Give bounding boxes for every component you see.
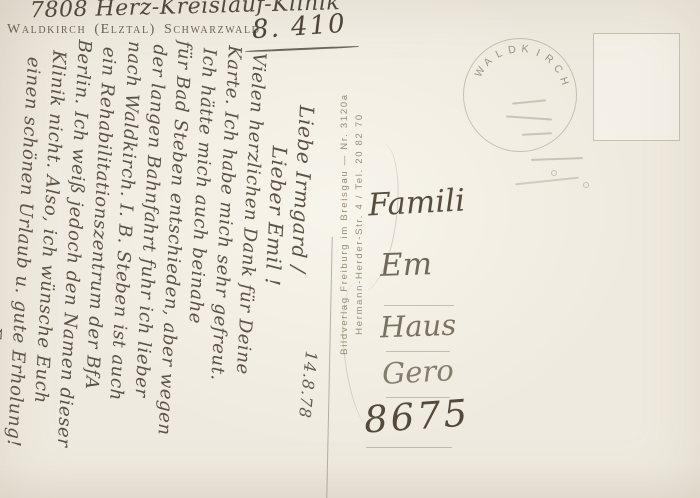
address-rule [366,447,452,448]
stamp-box [593,33,680,141]
postmark-mark [522,132,552,136]
postmark: WALDKIRCH [455,30,605,210]
postmark-mark [506,115,552,120]
postmark-dot [551,170,557,176]
address-line: Famili [367,182,466,223]
address-block: Famili Em Haus Gero 8675 [362,185,692,485]
handwritten-number: 8. 410 [251,9,348,46]
postmark-mark [531,157,583,161]
address-line: Haus [379,308,456,345]
address-line: 8675 [363,391,472,441]
address-rule [384,305,454,306]
postmark-mark [512,99,546,105]
postcard-back: 7808 Herz-Kreislauf-Klinik Waldkirch (El… [0,0,700,498]
address-line: Em [379,246,432,284]
message-block: Liebe Irmgard / Lieber Emil ! Vielen her… [0,48,332,498]
postmark-circle-icon: WALDKIRCH [463,38,577,152]
message-lines: Liebe Irmgard / Lieber Emil ! Vielen her… [0,31,322,498]
imprint-line1: Bildverlag Freiburg im Breisgau — Nr. 31… [337,56,352,392]
address-rule [386,351,450,352]
postmark-town-text: WALDKIRCH [464,39,576,151]
address-line: Gero [381,353,454,391]
